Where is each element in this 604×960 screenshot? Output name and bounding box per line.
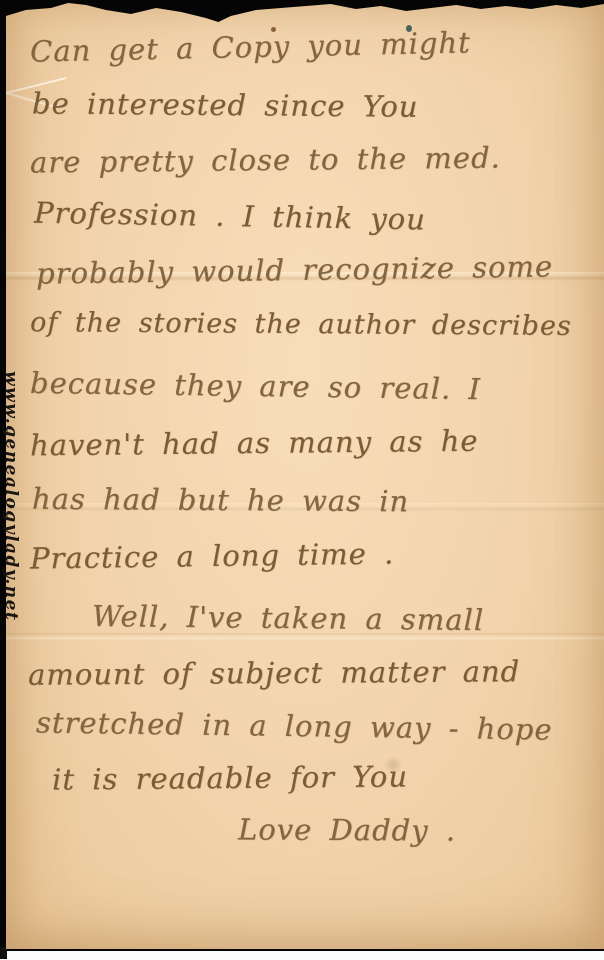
letter-line: be interested since You	[32, 86, 419, 123]
letter-line: it is readable for You	[52, 759, 408, 796]
letter-line: amount of subject matter and	[28, 654, 520, 691]
scanned-letter-page: { "letter": { "kind": "handwritten lette…	[0, 0, 604, 960]
letter-line: are pretty close to the med.	[30, 141, 501, 180]
letter-line: because they are so real. I	[30, 366, 481, 406]
letter-line: stretched in a long way - hope	[36, 705, 553, 746]
letter-line: has had but he was in	[32, 482, 409, 519]
letter-line: Can get a Copy you might	[30, 25, 471, 68]
letter-line: probably would recognize some	[36, 249, 554, 290]
letter-paper-sheet: Can get a Copy you might be interested s…	[6, 0, 604, 949]
letter-line: Practice a long time .	[30, 536, 395, 575]
scanner-corner-mark	[0, 947, 7, 959]
scanner-bottom-strip	[0, 951, 604, 960]
letter-line: Well, I've taken a small	[92, 599, 484, 637]
watermark-text: www.genealogylady.net	[1, 371, 21, 621]
letter-line: haven't had as many as he	[30, 424, 479, 463]
letter-line: Profession . I think you	[34, 196, 426, 237]
signature-line: Love Daddy .	[238, 812, 456, 847]
letter-line: of the stories the author describes	[30, 307, 572, 342]
